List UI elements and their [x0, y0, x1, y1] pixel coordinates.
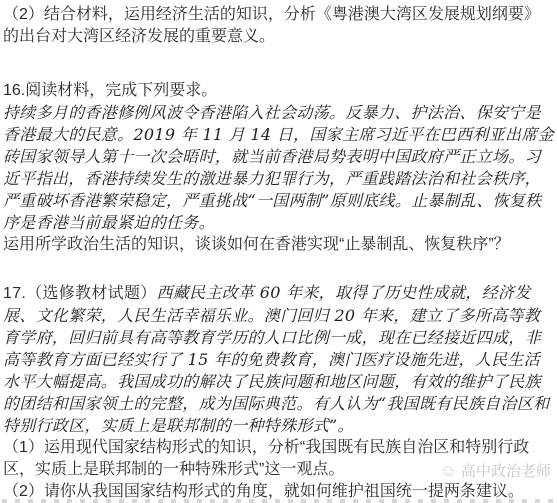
- question-17-sub1: （1）运用现代国家结构形式的知识，分析“我国既有民族自治区和特别行政区，实质上是…: [3, 437, 555, 481]
- question-17-number-label: 17.（选修教材试题）: [3, 285, 157, 302]
- question-16-header: 16.阅读材料，完成下列要求。: [3, 80, 555, 102]
- document-page: （2）结合材料，运用经济生活的知识，分析《粤港澳大湾区发展规划纲要》的出台对大湾…: [0, 0, 557, 503]
- question-16-material: 持续多月的香港修例风波令香港陷入社会动荡。反暴力、护法治、保安宁是香港最大的民意…: [3, 102, 555, 234]
- next-line-cutoff-strip: [2, 499, 555, 503]
- question-15-part2-text: （2）结合材料，运用经济生活的知识，分析《粤港澳大湾区发展规划纲要》的出台对大湾…: [3, 4, 555, 48]
- question-17-material: 西藏民主改革 60 年来，取得了历史性成就，经济发展、文化繁荣，人民生活幸福乐业…: [3, 283, 549, 435]
- question-16-task: 运用所学政治生活的知识，谈谈如何在香港实现“止暴制乱、恢复秩序”？: [3, 234, 555, 256]
- question-17-paragraph: 17.（选修教材试题）西藏民主改革 60 年来，取得了历史性成就，经济发展、文化…: [3, 282, 555, 437]
